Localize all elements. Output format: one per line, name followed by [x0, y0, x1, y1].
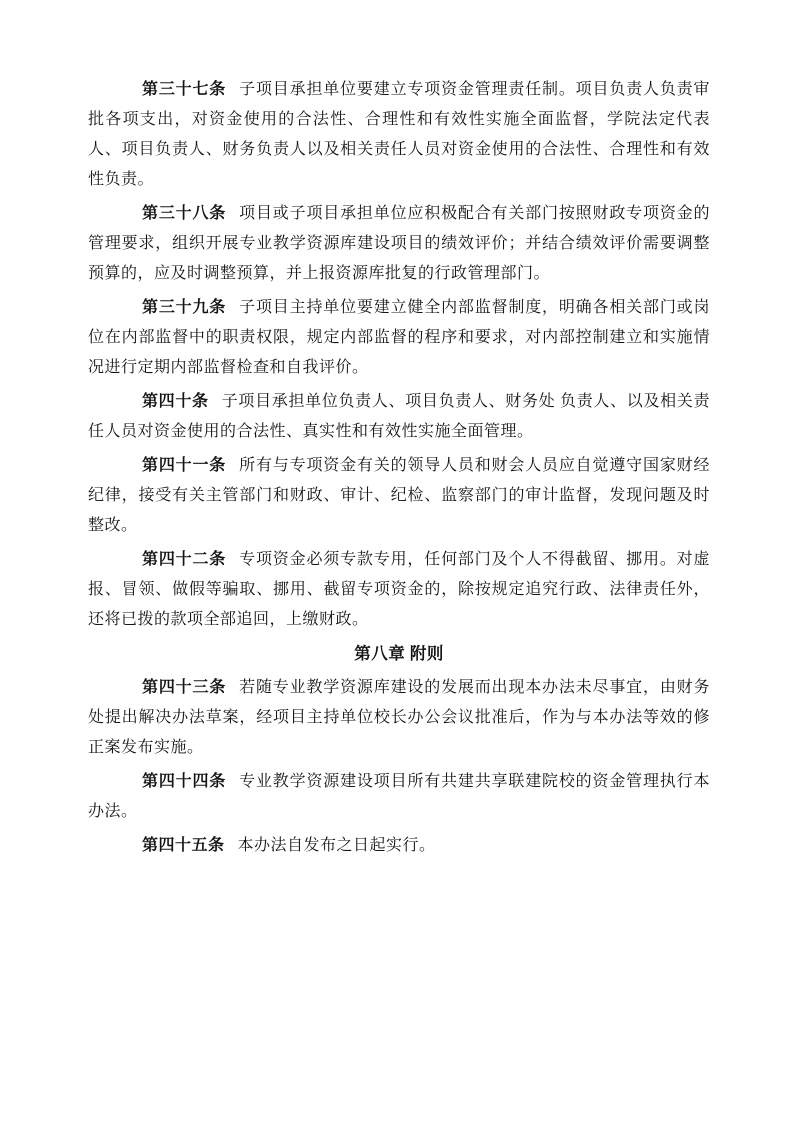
article-number: 第四十一条: [142, 457, 226, 474]
article-number: 第三十七条: [142, 81, 226, 98]
chapter-heading: 第八章 附则: [88, 639, 710, 669]
article-paragraph-37: 第三十七条子项目承担单位要建立专项资金管理责任制。项目负责人负责审批各项支出，对…: [88, 75, 710, 195]
article-paragraph-43: 第四十三条若随专业教学资源库建设的发展而出现本办法未尽事宜，由财务处提出解决办法…: [88, 673, 710, 763]
article-number: 第四十三条: [142, 679, 226, 696]
article-paragraph-45: 第四十五条本办法自发布之日起实行。: [88, 831, 710, 861]
article-number: 第四十条: [142, 393, 209, 410]
article-number: 第四十二条: [142, 551, 226, 568]
article-paragraph-41: 第四十一条所有与专项资金有关的领导人员和财会人员应自觉遵守国家财经纪律，接受有关…: [88, 451, 710, 541]
article-number: 第四十五条: [142, 837, 225, 854]
article-text: 本办法自发布之日起实行。: [238, 837, 436, 854]
document-page: 第三十七条子项目承担单位要建立专项资金管理责任制。项目负责人负责审批各项支出，对…: [88, 0, 710, 865]
article-number: 第四十四条: [142, 773, 226, 790]
article-paragraph-42: 第四十二条专项资金必须专款专用，任何部门及个人不得截留、挪用。对虚报、冒领、做假…: [88, 545, 710, 635]
article-paragraph-40: 第四十条子项目承担单位负责人、项目负责人、财务处 负责人、以及相关责任人员对资金…: [88, 387, 710, 447]
article-paragraph-44: 第四十四条专业教学资源建设项目所有共建共享联建院校的资金管理执行本办法。: [88, 767, 710, 827]
article-number: 第三十九条: [142, 299, 226, 316]
article-number: 第三十八条: [142, 205, 226, 222]
article-paragraph-38: 第三十八条项目或子项目承担单位应积极配合有关部门按照财政专项资金的管理要求，组织…: [88, 199, 710, 289]
article-paragraph-39: 第三十九条子项目主持单位要建立健全内部监督制度，明确各相关部门或岗位在内部监督中…: [88, 293, 710, 383]
